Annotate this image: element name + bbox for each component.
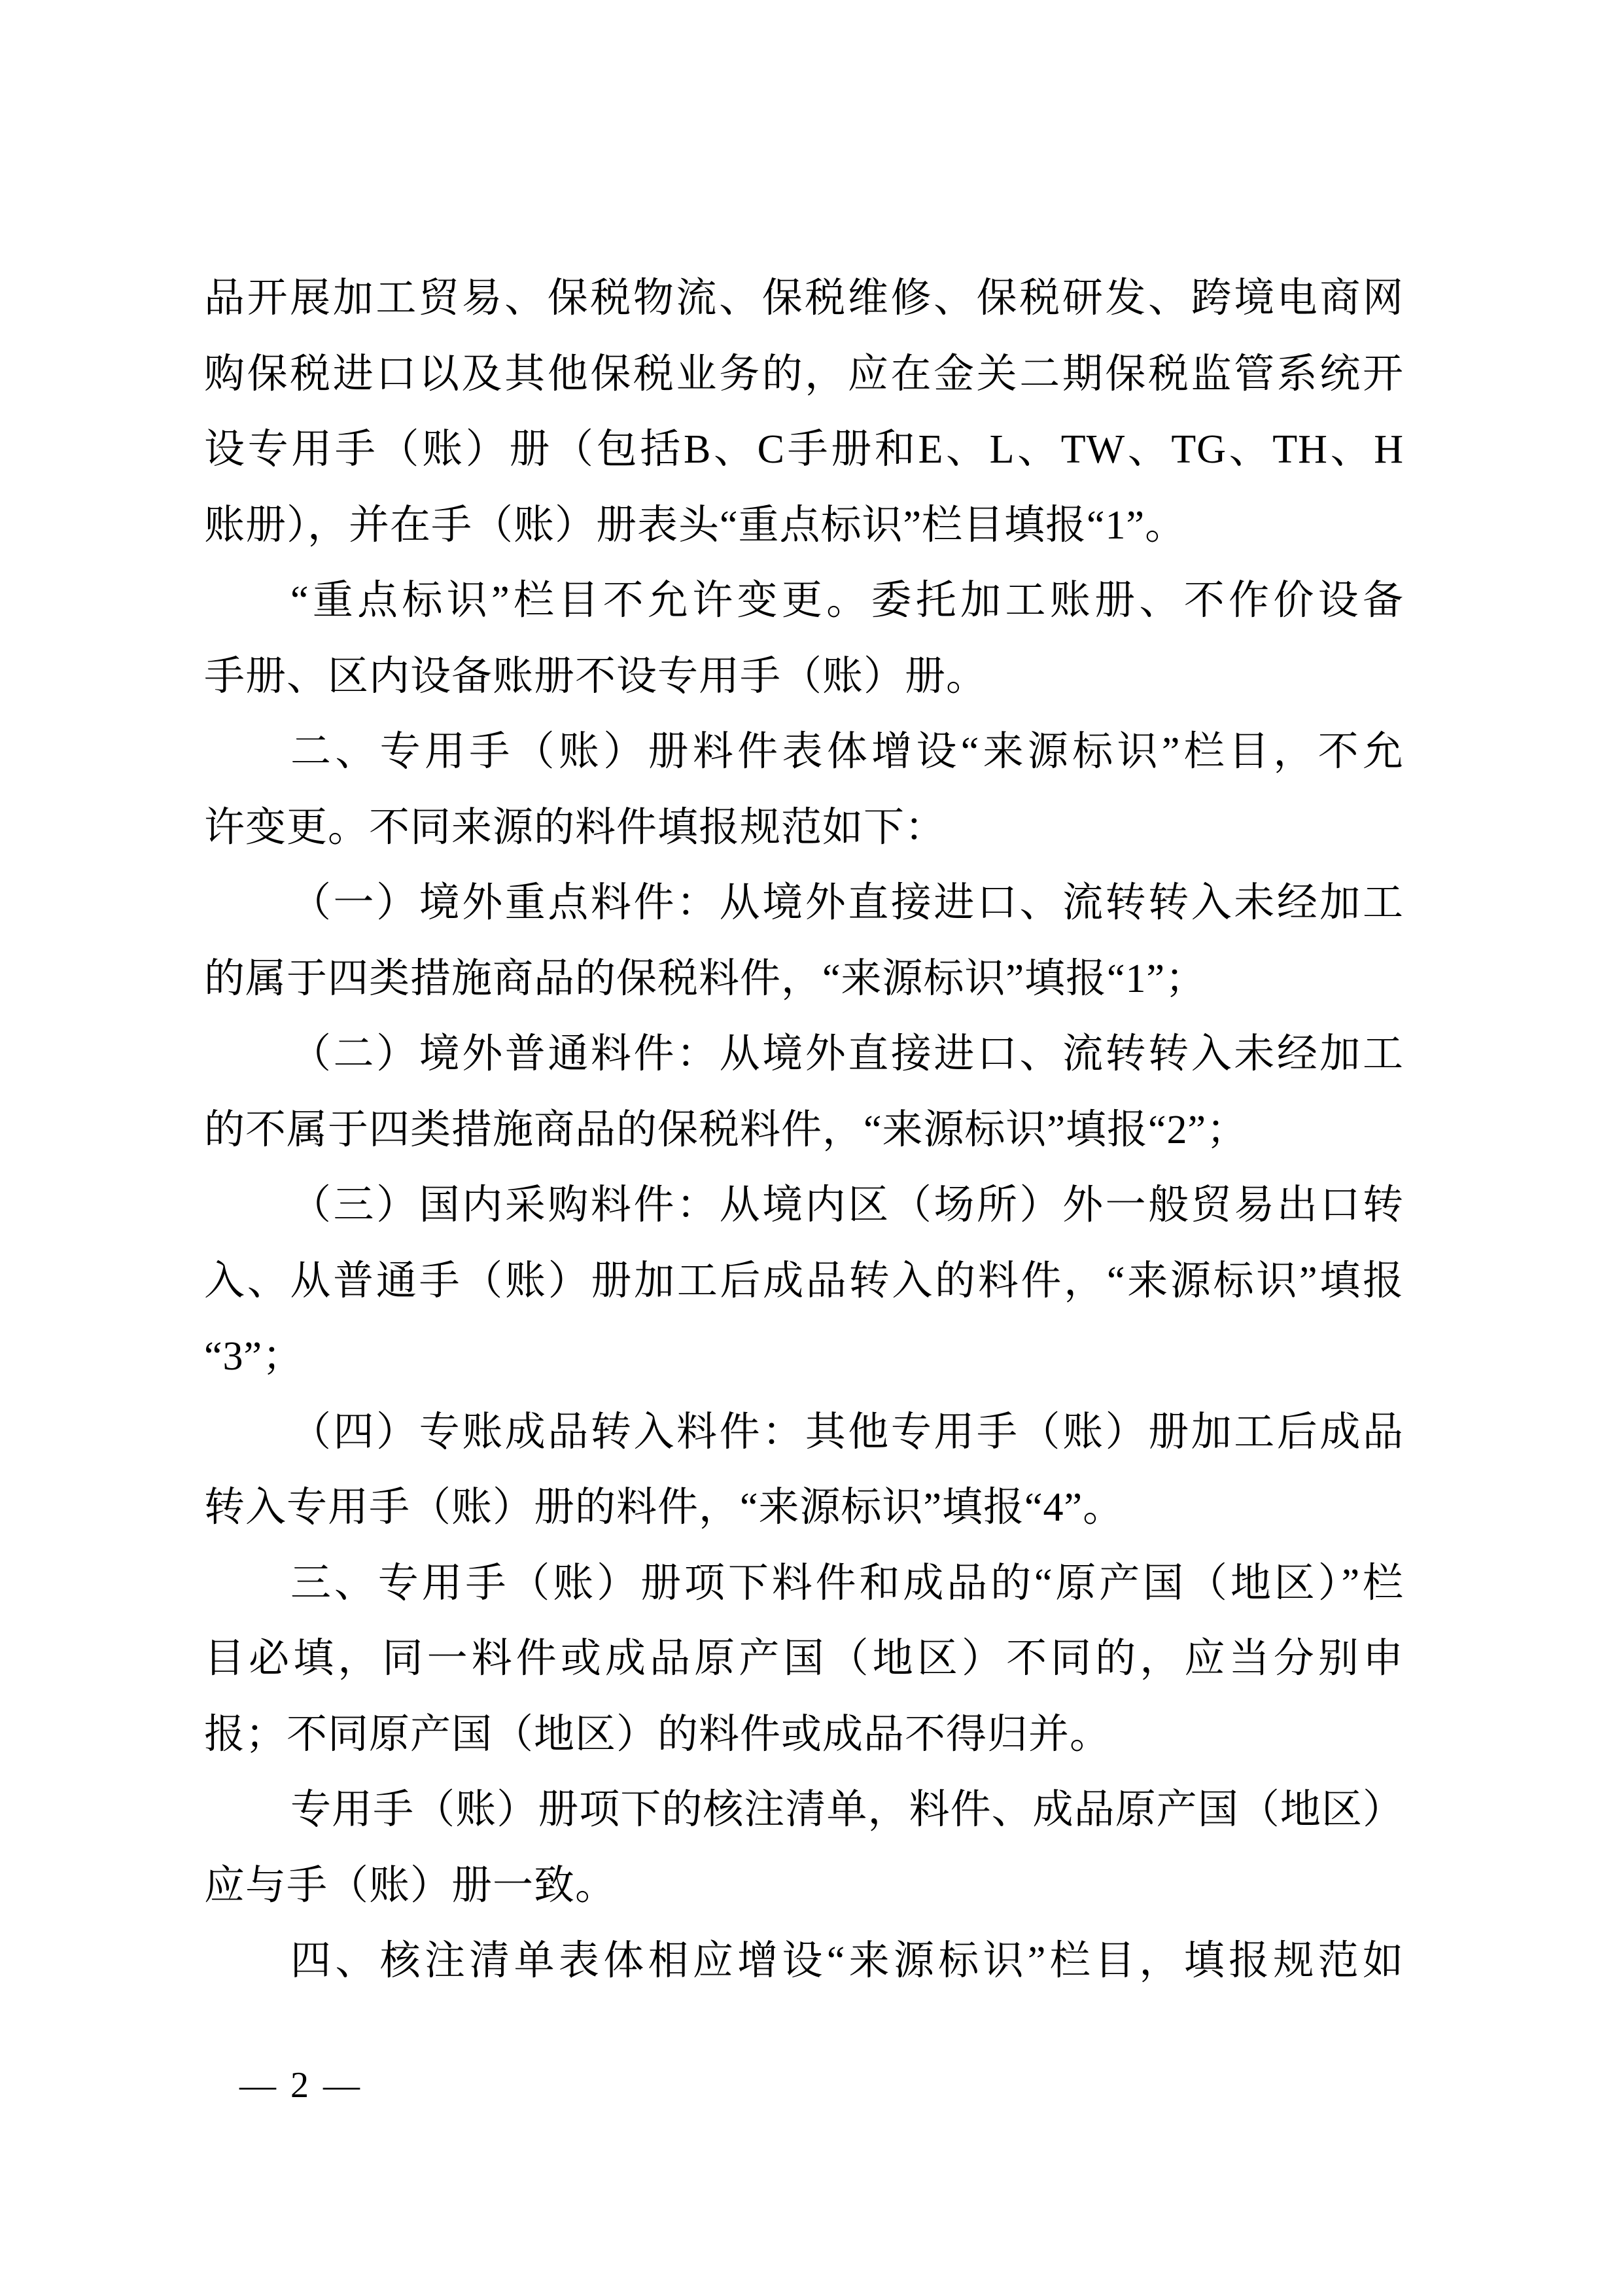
- document-body: 品开展加工贸易、保税物流、保税维修、保税研发、跨境电商网购保税进口以及其他保税业…: [204, 261, 1404, 2000]
- text-line: 二、专用手（账）册料件表体增设“来源标识”栏目，不允: [204, 715, 1404, 790]
- text-line: （三）国内采购料件：从境内区（场所）外一般贸易出口转: [204, 1168, 1404, 1244]
- text-line: 设专用手（账）册（包括B、C手册和E、L、TW、TG、TH、H: [204, 412, 1404, 488]
- text-line: “重点标识”栏目不允许变更。委托加工账册、不作价设备: [204, 563, 1404, 639]
- text-line: 四、核注清单表体相应增设“来源标识”栏目，填报规范如: [204, 1924, 1404, 2000]
- text-line: （四）专账成品转入料件：其他专用手（账）册加工后成品: [204, 1395, 1404, 1471]
- text-line: 账册），并在手（账）册表头“重点标识”栏目填报“1”。: [204, 488, 1404, 564]
- document-page: 品开展加工贸易、保税物流、保税维修、保税研发、跨境电商网购保税进口以及其他保税业…: [0, 0, 1623, 2296]
- text-line: 购保税进口以及其他保税业务的，应在金关二期保税监管系统开: [204, 337, 1404, 413]
- text-line: 应与手（账）册一致。: [204, 1848, 1404, 1924]
- text-line: 手册、区内设备账册不设专用手（账）册。: [204, 639, 1404, 715]
- text-line: 报；不同原产国（地区）的料件或成品不得归并。: [204, 1697, 1404, 1773]
- text-line: 许变更。不同来源的料件填报规范如下：: [204, 790, 1404, 866]
- page-number: — 2 —: [239, 2062, 362, 2108]
- text-line: “3”；: [204, 1319, 1404, 1395]
- text-line: 的属于四类措施商品的保税料件，“来源标识”填报“1”；: [204, 942, 1404, 1017]
- text-line: 专用手（账）册项下的核注清单，料件、成品原产国（地区）: [204, 1773, 1404, 1848]
- text-line: 目必填，同一料件或成品原产国（地区）不同的，应当分别申: [204, 1621, 1404, 1697]
- text-line: （一）境外重点料件：从境外直接进口、流转转入未经加工: [204, 866, 1404, 942]
- text-line: 三、专用手（账）册项下料件和成品的“原产国（地区）”栏: [204, 1546, 1404, 1622]
- text-line: 品开展加工贸易、保税物流、保税维修、保税研发、跨境电商网: [204, 261, 1404, 337]
- text-line: 转入专用手（账）册的料件，“来源标识”填报“4”。: [204, 1470, 1404, 1546]
- text-line: 入、从普通手（账）册加工后成品转入的料件，“来源标识”填报: [204, 1244, 1404, 1320]
- text-line: 的不属于四类措施商品的保税料件，“来源标识”填报“2”；: [204, 1093, 1404, 1169]
- text-line: （二）境外普通料件：从境外直接进口、流转转入未经加工: [204, 1017, 1404, 1093]
